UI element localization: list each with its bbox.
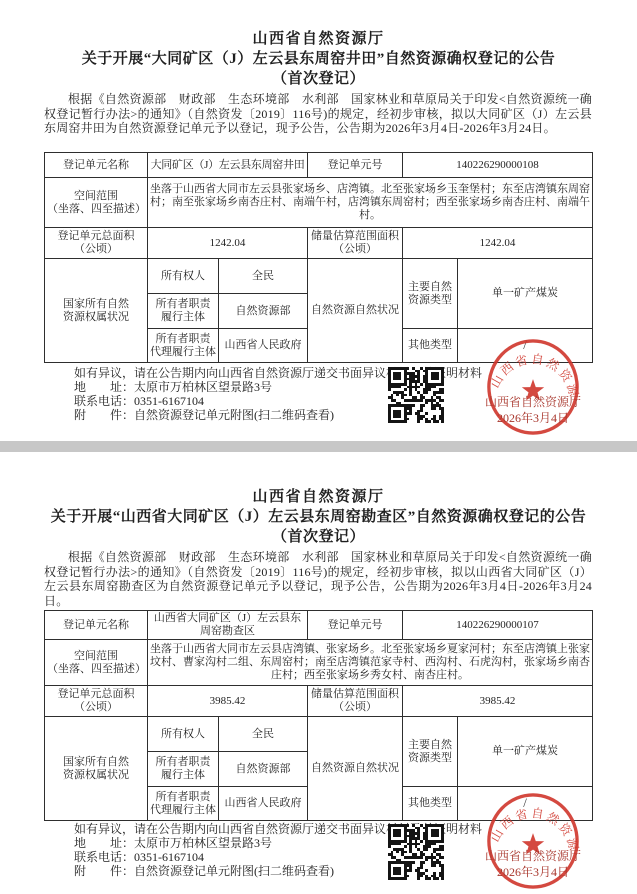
total-area-unit: （公顷） — [47, 243, 145, 256]
announcement-subtitle-1: （首次登记） — [0, 67, 637, 88]
signature-date: 2026年3月4日 — [462, 864, 604, 880]
owner-value-cell: 全民 — [219, 259, 308, 294]
address-line: 地 址：太原市万柏林区望景路3号 — [74, 836, 404, 850]
total-area-label-cell: 登记单元总面积 （公顷） — [45, 228, 148, 259]
ownership-label-cell: 国家所有自然 资源权属状况 — [45, 259, 148, 363]
unit-name-value-cell: 山西省大同矿区（J）左云县东周窑勘查区 — [148, 611, 308, 640]
unit-no-value-cell: 140226290000108 — [403, 153, 593, 178]
scope-label-line1: 空间范围 — [47, 650, 145, 663]
owner-value-cell: 全民 — [219, 717, 308, 752]
owner-label-cell: 所有权人 — [148, 259, 219, 294]
total-area-label-line1: 登记单元总面积 — [47, 230, 145, 243]
main-type-label-line2: 资源类型 — [405, 752, 455, 765]
unit-no-value-cell: 140226290000107 — [403, 611, 593, 640]
footer-block-2: 如有异议，请在公告期内向山西省自然资源厅递交书面异议材料及其证明材料 地 址：太… — [74, 822, 404, 878]
scope-label-cell: 空间范围 （坐落、四至描述） — [45, 640, 148, 686]
qr-code-icon — [388, 824, 444, 880]
announcement-subtitle-2: （首次登记） — [0, 525, 637, 546]
announcement-title-1: 关于开展“大同矿区（J）左云县东周窑井田”自然资源确权登记的公告 — [0, 47, 637, 68]
reserve-area-label-line1: 储量估算范围面积 — [310, 230, 400, 243]
duty-value-cell: 自然资源部 — [219, 752, 308, 787]
signature-block-2: 山西省自然资源厅 2026年3月4日 — [462, 848, 604, 880]
duty-label-line2: 履行主体 — [150, 311, 216, 324]
signature-date: 2026年3月4日 — [462, 410, 604, 426]
main-type-label-cell: 主要自然 资源类型 — [403, 717, 458, 787]
main-type-label-cell: 主要自然 资源类型 — [403, 259, 458, 329]
reserve-area-unit: （公顷） — [310, 701, 400, 714]
unit-no-label-cell: 登记单元号 — [308, 153, 403, 178]
duty-label-cell: 所有者职责 履行主体 — [148, 752, 219, 787]
phone-line: 联系电话：0351-6167104 — [74, 850, 404, 864]
natural-status-cell: 自然资源自然状况 — [308, 717, 403, 821]
duty-label-line2: 履行主体 — [150, 769, 216, 782]
document-page: { "doc": { "labels": { "unit_name_label"… — [0, 0, 637, 894]
scope-label-line1: 空间范围 — [47, 190, 145, 203]
phone-line: 联系电话：0351-6167104 — [74, 394, 404, 408]
duty-label-line1: 所有者职责 — [150, 756, 216, 769]
agent-value-cell: 山西省人民政府 — [219, 329, 308, 363]
agent-value-cell: 山西省人民政府 — [219, 787, 308, 821]
natural-status-cell: 自然资源自然状况 — [308, 259, 403, 363]
main-type-label-line2: 资源类型 — [405, 294, 455, 307]
agent-label-line2: 代理履行主体 — [150, 346, 216, 359]
reserve-area-label-cell: 储量估算范围面积 （公顷） — [308, 228, 403, 259]
signature-org: 山西省自然资源厅 — [462, 394, 604, 410]
signature-block-1: 山西省自然资源厅 2026年3月4日 — [462, 394, 604, 426]
reserve-area-unit: （公顷） — [310, 243, 400, 256]
official-seal: 山西省自然资源厅 山西省自然资源厅 2026年3月4日 — [484, 338, 582, 436]
duty-value-cell: 自然资源部 — [219, 294, 308, 329]
main-type-label-line1: 主要自然 — [405, 281, 455, 294]
announcement-body-1: 根据《自然资源部 财政部 生态环境部 水利部 国家林业和草原局关于印发<自然资源… — [44, 92, 592, 136]
reserve-area-label-cell: 储量估算范围面积 （公顷） — [308, 686, 403, 717]
reserve-area-label-line1: 储量估算范围面积 — [310, 688, 400, 701]
main-type-value-cell: 单一矿产煤炭 — [458, 259, 593, 329]
ownership-label-line2: 资源权属状况 — [47, 769, 145, 782]
total-area-label-line1: 登记单元总面积 — [47, 688, 145, 701]
qr-code-icon — [388, 367, 444, 423]
footer-block-1: 如有异议，请在公告期内向山西省自然资源厅递交书面异议材料及其证明材料 地 址：太… — [74, 366, 404, 422]
agent-label-line1: 所有者职责 — [150, 333, 216, 346]
unit-name-label-cell: 登记单元名称 — [45, 153, 148, 178]
reserve-area-value-cell: 3985.42 — [403, 686, 593, 717]
signature-org: 山西省自然资源厅 — [462, 848, 604, 864]
main-type-value-cell: 单一矿产煤炭 — [458, 717, 593, 787]
main-type-label-line1: 主要自然 — [405, 739, 455, 752]
registration-table-1: 登记单元名称 大同矿区（J）左云县东周窑井田 登记单元号 14022629000… — [44, 152, 593, 363]
total-area-value-cell: 3985.42 — [148, 686, 308, 717]
other-type-label-cell: 其他类型 — [403, 329, 458, 363]
ownership-label-line2: 资源权属状况 — [47, 311, 145, 324]
agent-label-line2: 代理履行主体 — [150, 804, 216, 817]
objection-note: 如有异议，请在公告期内向山西省自然资源厅递交书面异议材料及其证明材料 — [74, 822, 404, 836]
total-area-label-cell: 登记单元总面积 （公顷） — [45, 686, 148, 717]
ownership-label-line1: 国家所有自然 — [47, 298, 145, 311]
objection-note: 如有异议，请在公告期内向山西省自然资源厅递交书面异议材料及其证明材料 — [74, 366, 404, 380]
other-type-label-cell: 其他类型 — [403, 787, 458, 821]
owner-label-cell: 所有权人 — [148, 717, 219, 752]
agent-label-line1: 所有者职责 — [150, 791, 216, 804]
page-separator — [0, 441, 637, 452]
scope-value-cell: 坐落于山西省大同市左云县张家场乡、店湾镇。北至张家场乡玉奎堡村；东至店湾镇东周窑… — [148, 178, 593, 228]
agent-label-cell: 所有者职责 代理履行主体 — [148, 787, 219, 821]
address-line: 地 址：太原市万柏林区望景路3号 — [74, 380, 404, 394]
unit-no-label-cell: 登记单元号 — [308, 611, 403, 640]
unit-name-value-cell: 大同矿区（J）左云县东周窑井田 — [148, 153, 308, 178]
scope-label-line2: （坐落、四至描述） — [47, 203, 145, 216]
agent-label-cell: 所有者职责 代理履行主体 — [148, 329, 219, 363]
duty-label-cell: 所有者职责 履行主体 — [148, 294, 219, 329]
unit-name-label-cell: 登记单元名称 — [45, 611, 148, 640]
ownership-label-line1: 国家所有自然 — [47, 756, 145, 769]
total-area-unit: （公顷） — [47, 701, 145, 714]
org-title-2: 山西省自然资源厅 — [0, 485, 637, 506]
official-seal: 山西省自然资源厅 山西省自然资源厅 2026年3月4日 — [484, 792, 582, 890]
org-title-1: 山西省自然资源厅 — [0, 27, 637, 48]
reserve-area-value-cell: 1242.04 — [403, 228, 593, 259]
duty-label-line1: 所有者职责 — [150, 298, 216, 311]
scope-label-line2: （坐落、四至描述） — [47, 663, 145, 676]
scope-value-cell: 坐落于山西省大同市左云县店湾镇、张家场乡。北至张家场乡夏家河村；东至店湾镇上张家… — [148, 640, 593, 686]
total-area-value-cell: 1242.04 — [148, 228, 308, 259]
announcement-title-2: 关于开展“山西省大同矿区（J）左云县东周窑勘查区”自然资源确权登记的公告 — [0, 505, 637, 526]
attachment-line: 附 件：自然资源登记单元附图(扫二维码查看) — [74, 864, 404, 878]
scope-label-cell: 空间范围 （坐落、四至描述） — [45, 178, 148, 228]
ownership-label-cell: 国家所有自然 资源权属状况 — [45, 717, 148, 821]
registration-table-2: 登记单元名称 山西省大同矿区（J）左云县东周窑勘查区 登记单元号 1402262… — [44, 610, 593, 821]
announcement-body-2: 根据《自然资源部 财政部 生态环境部 水利部 国家林业和草原局关于印发<自然资源… — [44, 550, 592, 608]
attachment-line: 附 件：自然资源登记单元附图(扫二维码查看) — [74, 408, 404, 422]
